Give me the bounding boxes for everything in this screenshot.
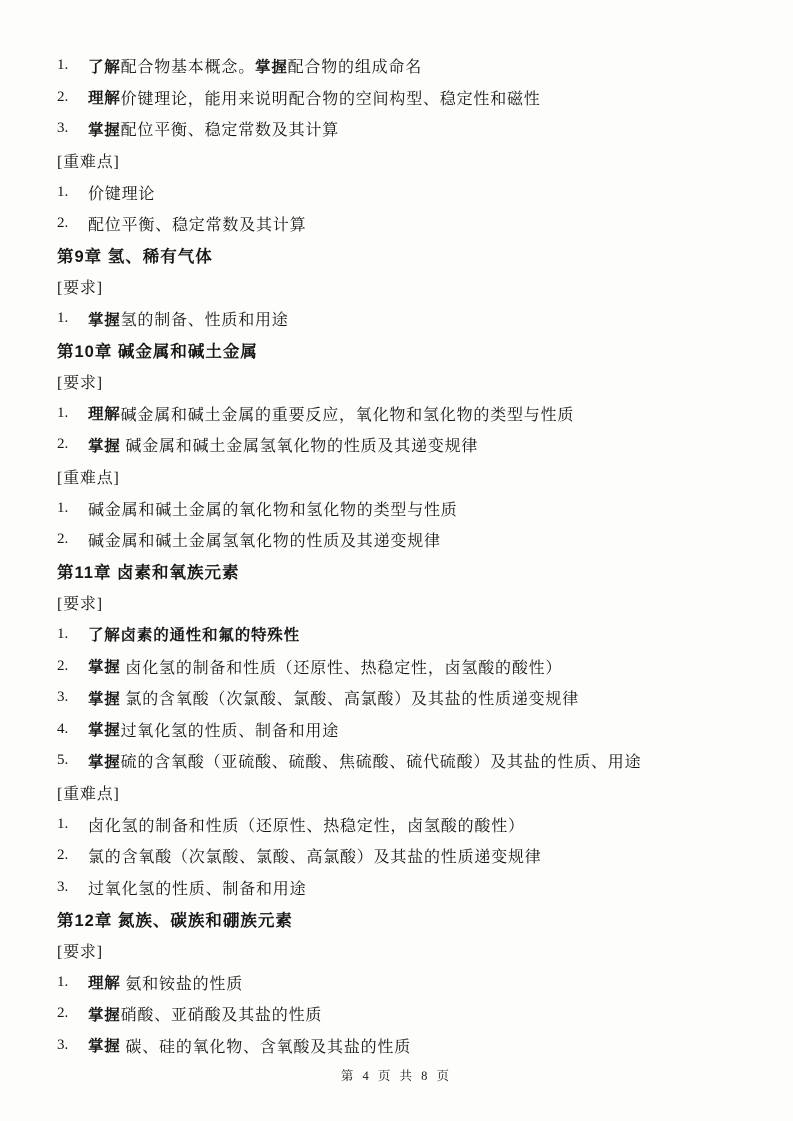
text-segment: 氯的含氧酸（次氯酸、氯酸、高氯酸）及其盐的性质递变规律 [121, 686, 579, 709]
list-item: 3.过氧化氢的性质、制备和用途 [57, 871, 763, 903]
section-label: [要求] [57, 271, 763, 303]
text-segment: 掌握 [88, 687, 121, 709]
text-segment: 氨和铵盐的性质 [121, 971, 243, 994]
text-segment: 碱金属和碱土金属的氧化物和氢化物的类型与性质 [88, 497, 458, 520]
list-item: 1.价键理论 [57, 176, 763, 208]
text-segment: 过氧化氢的性质、制备和用途 [121, 718, 339, 741]
text-segment: 碱金属和碱土金属的重要反应，氧化物和氢化物的类型与性质 [121, 402, 575, 425]
item-number: 2. [57, 215, 88, 232]
list-item: 2.配位平衡、稳定常数及其计算 [57, 208, 763, 240]
text-segment: 氢的制备、性质和用途 [121, 307, 289, 330]
list-item: 1.理解 氨和铵盐的性质 [57, 966, 763, 998]
text-segment: 掌握 [88, 434, 121, 456]
text-segment: 第10章 碱金属和碱土金属 [57, 338, 258, 362]
item-number: 2. [57, 658, 88, 675]
item-number: 1. [57, 500, 88, 517]
section-label: [重难点] [57, 145, 763, 177]
text-segment: 卤化氢的制备和性质（还原性、热稳定性，卤氢酸的酸性） [88, 813, 525, 836]
text-segment: [要求] [57, 370, 103, 393]
section-label: [要求] [57, 366, 763, 398]
list-item: 5.掌握硫的含氧酸（亚硫酸、硫酸、焦硫酸、硫代硫酸）及其盐的性质、用途 [57, 745, 763, 777]
chapter-heading: 第10章 碱金属和碱土金属 [57, 334, 763, 366]
text-segment: 第9章 氢、稀有气体 [57, 243, 213, 267]
text-segment: 价键理论 [88, 181, 155, 204]
text-segment: 过氧化氢的性质、制备和用途 [88, 876, 306, 899]
section-label: [要求] [57, 935, 763, 967]
item-number: 1. [57, 626, 88, 643]
document-page: 1.了解配合物基本概念。掌握配合物的组成命名2.理解价键理论，能用来说明配合物的… [0, 0, 793, 1121]
item-number: 3. [57, 120, 88, 137]
text-segment: 配位平衡、稳定常数及其计算 [121, 117, 339, 140]
text-segment: 碱金属和碱土金属氢氧化物的性质及其递变规律 [88, 528, 441, 551]
list-item: 1.理解碱金属和碱土金属的重要反应，氧化物和氢化物的类型与性质 [57, 398, 763, 430]
list-item: 1.卤化氢的制备和性质（还原性、热稳定性，卤氢酸的酸性） [57, 808, 763, 840]
item-number: 1. [57, 816, 88, 833]
list-item: 2.掌握 碱金属和碱土金属氢氧化物的性质及其递变规律 [57, 429, 763, 461]
list-item: 2.碱金属和碱土金属氢氧化物的性质及其递变规律 [57, 524, 763, 556]
item-number: 1. [57, 405, 88, 422]
list-item: 1.了解配合物基本概念。掌握配合物的组成命名 [57, 50, 763, 82]
chapter-heading: 第11章 卤素和氧族元素 [57, 556, 763, 588]
list-item: 3.掌握配位平衡、稳定常数及其计算 [57, 113, 763, 145]
text-segment: 氯的含氧酸（次氯酸、氯酸、高氯酸）及其盐的性质递变规律 [88, 844, 542, 867]
text-segment: 理解 [88, 971, 121, 993]
text-segment: 理解 [88, 402, 121, 424]
text-segment: 掌握 [255, 55, 288, 77]
chapter-heading: 第12章 氮族、碳族和硼族元素 [57, 903, 763, 935]
chapter-heading: 第9章 氢、稀有气体 [57, 240, 763, 272]
document-body: 1.了解配合物基本概念。掌握配合物的组成命名2.理解价键理论，能用来说明配合物的… [57, 50, 763, 1061]
text-segment: 碳、硅的氧化物、含氧酸及其盐的性质 [121, 1034, 411, 1057]
section-label: [重难点] [57, 777, 763, 809]
text-segment: 掌握 [88, 718, 121, 740]
item-number: 2. [57, 531, 88, 548]
text-segment: 碱金属和碱土金属氢氧化物的性质及其递变规律 [121, 433, 479, 456]
page-footer: 第 4 页 共 8 页 [0, 1066, 793, 1084]
text-segment: [要求] [57, 939, 103, 962]
item-number: 2. [57, 436, 88, 453]
list-item: 2.氯的含氧酸（次氯酸、氯酸、高氯酸）及其盐的性质递变规律 [57, 840, 763, 872]
text-segment: [重难点] [57, 781, 120, 804]
list-item: 4.掌握过氧化氢的性质、制备和用途 [57, 713, 763, 745]
text-segment: 硝酸、亚硝酸及其盐的性质 [121, 1002, 323, 1025]
text-segment: 理解 [88, 86, 121, 108]
list-item: 3.掌握 氯的含氧酸（次氯酸、氯酸、高氯酸）及其盐的性质递变规律 [57, 682, 763, 714]
text-segment: 第11章 卤素和氧族元素 [57, 559, 240, 583]
text-segment: 掌握 [88, 308, 121, 330]
list-item: 2.掌握 卤化氢的制备和性质（还原性、热稳定性，卤氢酸的酸性） [57, 650, 763, 682]
item-number: 1. [57, 974, 88, 991]
text-segment: 掌握 [88, 1034, 121, 1056]
item-number: 1. [57, 57, 88, 74]
item-number: 2. [57, 89, 88, 106]
text-segment: 配合物基本概念。 [121, 54, 255, 77]
text-segment: [重难点] [57, 149, 120, 172]
list-item: 2.掌握硝酸、亚硝酸及其盐的性质 [57, 998, 763, 1030]
text-segment: 配合物的组成命名 [288, 54, 422, 77]
item-number: 2. [57, 1005, 88, 1022]
item-number: 4. [57, 721, 88, 738]
text-segment: 了解卤素的通性和氟的特殊性 [88, 623, 300, 645]
section-label: [要求] [57, 587, 763, 619]
item-number: 1. [57, 310, 88, 327]
text-segment: 掌握 [88, 118, 121, 140]
item-number: 5. [57, 752, 88, 769]
item-number: 3. [57, 1037, 88, 1054]
list-item: 1.了解卤素的通性和氟的特殊性 [57, 619, 763, 651]
section-label: [重难点] [57, 461, 763, 493]
list-item: 1.碱金属和碱土金属的氧化物和氢化物的类型与性质 [57, 492, 763, 524]
item-number: 1. [57, 184, 88, 201]
item-number: 2. [57, 847, 88, 864]
text-segment: 掌握 [88, 750, 121, 772]
text-segment: 价键理论，能用来说明配合物的空间构型、稳定性和磁性 [121, 86, 541, 109]
item-number: 3. [57, 879, 88, 896]
text-segment: 了解 [88, 55, 121, 77]
list-item: 3.掌握 碳、硅的氧化物、含氧酸及其盐的性质 [57, 1029, 763, 1061]
text-segment: [要求] [57, 275, 103, 298]
text-segment: [要求] [57, 591, 103, 614]
text-segment: 第12章 氮族、碳族和硼族元素 [57, 907, 293, 931]
text-segment: 卤化氢的制备和性质（还原性、热稳定性，卤氢酸的酸性） [121, 655, 563, 678]
text-segment: 掌握 [88, 1003, 121, 1025]
list-item: 1.掌握氢的制备、性质和用途 [57, 303, 763, 335]
text-segment: [重难点] [57, 465, 120, 488]
text-segment: 配位平衡、稳定常数及其计算 [88, 212, 306, 235]
item-number: 3. [57, 689, 88, 706]
text-segment: 掌握 [88, 655, 121, 677]
list-item: 2.理解价键理论，能用来说明配合物的空间构型、稳定性和磁性 [57, 82, 763, 114]
text-segment: 硫的含氧酸（亚硫酸、硫酸、焦硫酸、硫代硫酸）及其盐的性质、用途 [121, 749, 642, 772]
